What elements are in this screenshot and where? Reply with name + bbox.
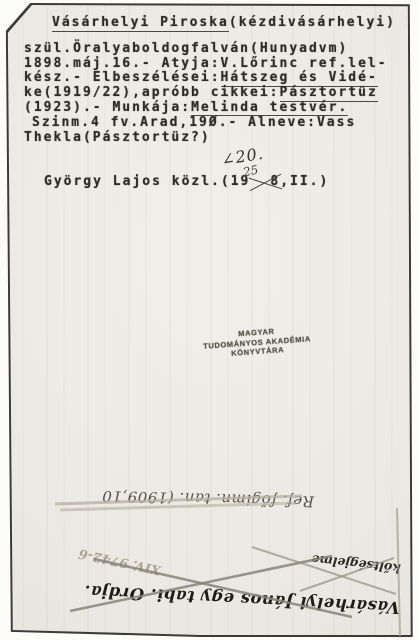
typed-text: kész.- Elbeszélései:: [24, 70, 221, 85]
typed-text: (1923).- Munkája:: [24, 100, 191, 115]
typed-text: ke(1919/22),apróbb cikkei:: [24, 85, 280, 100]
typed-line-birthplace: szül.Öralyaboldogfalván(Hunyadvm): [24, 42, 406, 57]
typed-line-pseudonym-2: Thekla(Pásztortüz?): [24, 131, 406, 146]
entry-name-underlined: Vásárhelyi Piroska: [52, 15, 229, 32]
typed-line-source-citation: György Lajos közl.(198,II.): [24, 175, 406, 190]
typed-line-play-pseudonym: Szinm.4 fv.Arad,19Ø.- Alneve:Vass: [24, 116, 406, 131]
struck-year-digit: 8: [250, 175, 280, 190]
scanned-catalog-card-photo: { "card": { "description": "Typewritten …: [0, 0, 419, 640]
typed-line-works-2: ke(1919/22),apróbb cikkei:Pásztortüz: [24, 86, 406, 101]
typed-text: György Lajos közl.(19: [44, 174, 250, 189]
typed-text-block: Vásárhelyi Piroska(kézdivásárhelyi) szül…: [24, 16, 406, 190]
typed-line-works-3: (1923).- Munkája:Melinda testvér.: [24, 101, 406, 116]
typed-text: ,II.): [280, 174, 329, 189]
typed-line-works-1: kész.- Elbeszélései:Hátszeg és Vidé-: [24, 71, 406, 86]
work-title-underlined: Melinda testvér.: [191, 100, 348, 117]
typed-line-heading: Vásárhelyi Piroska(kézdivásárhelyi): [24, 16, 406, 31]
entry-name-qualifier: (kézdivásárhelyi): [229, 15, 396, 30]
